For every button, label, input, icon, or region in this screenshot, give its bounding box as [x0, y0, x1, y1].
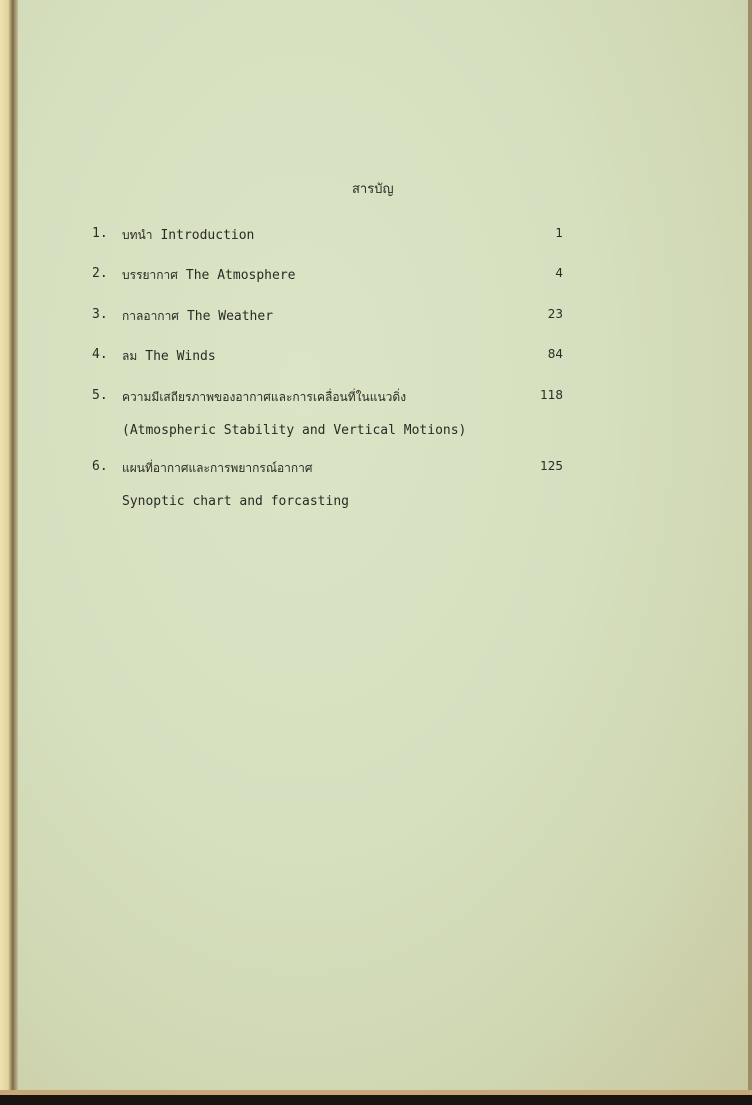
- entry-number: 2.: [92, 266, 108, 281]
- toc-entry-subtitle: (Atmospheric Stability and Vertical Moti…: [0, 423, 752, 443]
- entry-thai-title: แผนที่อากาศและการพยากรณ์อากาศ: [122, 461, 313, 475]
- entry-english-title: Introduction: [160, 228, 254, 243]
- entry-page-number: 1: [555, 226, 563, 240]
- entry-number: 5.: [92, 388, 108, 403]
- toc-entry: 1. บทนำIntroduction 1: [0, 226, 752, 246]
- entry-english-subtitle: (Atmospheric Stability and Vertical Moti…: [122, 423, 466, 438]
- entry-thai-title: บรรยากาศ: [122, 268, 178, 282]
- toc-title: สารบัญ: [352, 178, 394, 199]
- entry-title: บรรยากาศThe Atmosphere: [122, 266, 295, 285]
- entry-title: แผนที่อากาศและการพยากรณ์อากาศ: [122, 459, 321, 478]
- entry-english-title: The Atmosphere: [186, 268, 296, 283]
- toc-entry: 6. แผนที่อากาศและการพยากรณ์อากาศ 125: [0, 459, 752, 479]
- entry-number: 6.: [92, 459, 108, 474]
- entry-page-number: 4: [555, 266, 563, 280]
- entry-thai-title: บทนำ: [122, 228, 152, 242]
- entry-page-number: 125: [540, 459, 563, 473]
- entry-page-number: 84: [548, 347, 563, 361]
- entry-title: บทนำIntroduction: [122, 226, 254, 245]
- entry-page-number: 118: [540, 388, 563, 402]
- table-of-contents: สารบัญ 1. บทนำIntroduction 1 2. บรรยากาศ…: [0, 0, 752, 1094]
- toc-entry: 5. ความมีเสถียรภาพของอากาศและการเคลื่อนท…: [0, 388, 752, 408]
- entry-thai-title: ความมีเสถียรภาพของอากาศและการเคลื่อนที่ใ…: [122, 390, 406, 404]
- entry-english-title: The Weather: [187, 309, 273, 324]
- toc-entry: 3. กาลอากาศThe Weather 23: [0, 307, 752, 327]
- entry-page-number: 23: [548, 307, 563, 321]
- entry-title: ความมีเสถียรภาพของอากาศและการเคลื่อนที่ใ…: [122, 388, 414, 407]
- entry-thai-title: ลม: [122, 349, 137, 363]
- toc-entry: 4. ลมThe Winds 84: [0, 347, 752, 367]
- toc-entry-subtitle: Synoptic chart and forcasting: [0, 494, 752, 514]
- entry-english-title: The Winds: [145, 349, 215, 364]
- entry-number: 1.: [92, 226, 108, 241]
- entry-number: 3.: [92, 307, 108, 322]
- toc-entry: 2. บรรยากาศThe Atmosphere 4: [0, 266, 752, 286]
- entry-title: กาลอากาศThe Weather: [122, 307, 273, 326]
- entry-english-subtitle: Synoptic chart and forcasting: [122, 494, 349, 509]
- entry-thai-title: กาลอากาศ: [122, 309, 179, 323]
- entry-number: 4.: [92, 347, 108, 362]
- entry-title: ลมThe Winds: [122, 347, 216, 366]
